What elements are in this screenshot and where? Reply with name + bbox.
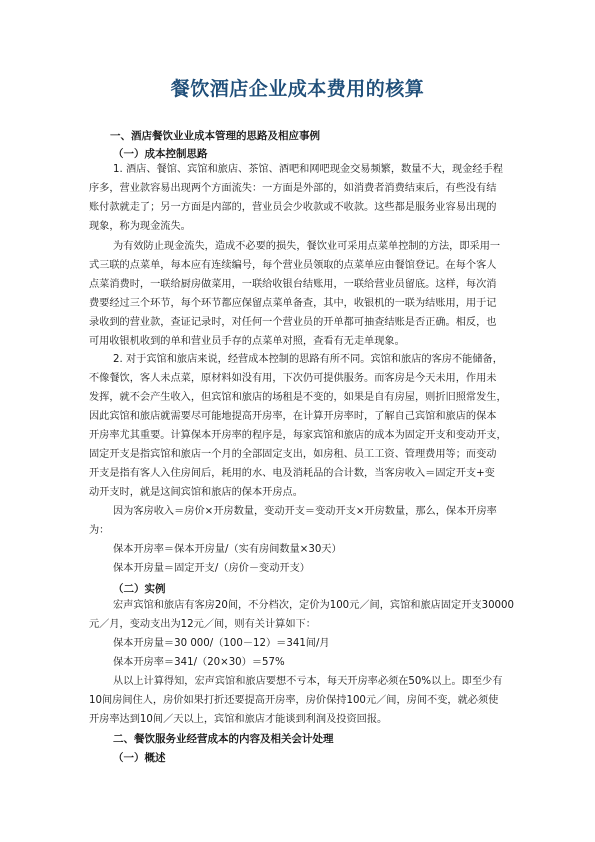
paragraph-line: 固定开支是指宾馆和旅店一个月的全部固定支出，如房租、员工工资、管理费用等；而变动 (89, 448, 497, 462)
subsection-3-heading: （一）概述 (113, 750, 166, 765)
paragraph-line: 2. 对于宾馆和旅店来说，经营成本控制的思路有所不同。宾馆和旅店的客房不能储备， (113, 353, 503, 367)
paragraph-line: 从以上计算得知，宏声宾馆和旅店要想不亏本，每天开房率必须在50%以上。即至少有 (113, 675, 502, 689)
subsection-2-heading: （二）实例 (113, 581, 166, 596)
paragraph-line: 为有效防止现金流失，造成不必要的损失，餐饮业可采用点菜单控制的方法，即采用一 (113, 240, 500, 254)
paragraph-line: 动开支时，就是这间宾馆和旅店的保本开房点。 (89, 486, 303, 500)
paragraph-line: 10间房间住人，房价如果打折还要提高开房率，房价保持100元／间，房间不变，就必… (89, 694, 498, 708)
calculation-line: 保本开房率＝341/（20×30）＝57% (113, 656, 285, 670)
paragraph-line: 因此宾馆和旅店就需要尽可能地提高开房率，在计算开房率时，了解自己宾馆和旅店的保本 (89, 410, 497, 424)
paragraph-line: 序多，营业款容易出现两个方面流失：一方面是外部的，如消费者消费结束后，有些没有结 (89, 182, 497, 196)
paragraph-line: 因为客房收入＝房价×开房数量，变动开支＝变动开支×开房数量，那么，保本开房率 (113, 505, 497, 519)
paragraph-line: 宏声宾馆和旅店有客房20间，不分档次，定价为100元／间，宾馆和旅店固定开支30… (113, 599, 514, 613)
paragraph-line: 录收到的营业款，查证记录时，对任何一个营业员的开单都可抽查结账是否正确。相反，也 (89, 316, 497, 330)
paragraph-line: 费要经过三个环节，每个环节都应保留点菜单备查，其中，收银机的一联为结账用，用于记 (89, 297, 497, 311)
document-page: 餐饮酒店企业成本费用的核算 一、酒店餐饮业业成本管理的思路及相应事例 （一）成本… (0, 0, 595, 842)
paragraph-line: 现象，称为现金流失。 (89, 220, 191, 234)
calculation-line: 保本开房量＝30 000/（100－12）＝341间/月 (113, 637, 330, 651)
paragraph-line: 式三联的点菜单，每本应有连续编号，每个营业员领取的点菜单应由餐馆登记。在每个客人 (89, 259, 497, 273)
paragraph-line: 为： (89, 524, 109, 538)
formula-line: 保本开房率＝保本开房量/（实有房间数量×30天） (113, 543, 342, 557)
paragraph-line: 点菜消费时，一联给厨房做菜用，一联给收银台结账用，一联给营业员留底。这样，每次消 (89, 278, 497, 292)
paragraph-line: 发挥，就不会产生收入，但宾馆和旅店的场租是不变的，如果是自有房屋，则折旧照常发生… (89, 391, 507, 405)
paragraph-line: 账付款就走了；另一方面是内部的，营业员会少收款或不收款。这些都是服务业容易出现的 (89, 201, 497, 215)
section-1-heading: 一、酒店餐饮业业成本管理的思路及相应事例 (110, 128, 320, 143)
document-title: 餐饮酒店企业成本费用的核算 (0, 74, 595, 101)
subsection-1-heading: （一）成本控制思路 (113, 146, 208, 161)
paragraph-line: 元／月，变动支出为12元／间，则有关计算如下： (89, 618, 316, 632)
formula-line: 保本开房量＝固定开支/（房价－变动开支） (113, 562, 310, 576)
paragraph-line: 可用收银机收到的单和营业员手存的点菜单对照，查看有无走单现象。 (89, 335, 405, 349)
paragraph-line: 开支是指有客人入住房间后，耗用的水、电及消耗品的合计数，当客房收入＝固定开支+变 (89, 467, 495, 481)
paragraph-line: 不像餐饮，客人未点菜，原材料如没有用，下次仍可提供服务。而客房是今天未用，作用未 (89, 372, 497, 386)
section-2-heading: 二、餐饮服务业经营成本的内容及相关会计处理 (113, 731, 334, 746)
paragraph-line: 开房率尤其重要。计算保本开房率的程序是，每家宾馆和旅店的成本为固定开支和变动开支… (89, 429, 507, 443)
paragraph-line: 开房率达到10间／天以上，宾馆和旅店才能谈到利润及投资回报。 (89, 713, 387, 727)
paragraph-line: 1. 酒店、餐馆、宾馆和旅店、茶馆、酒吧和网吧现金交易频繁，数量不大，现金经手程 (113, 163, 503, 177)
